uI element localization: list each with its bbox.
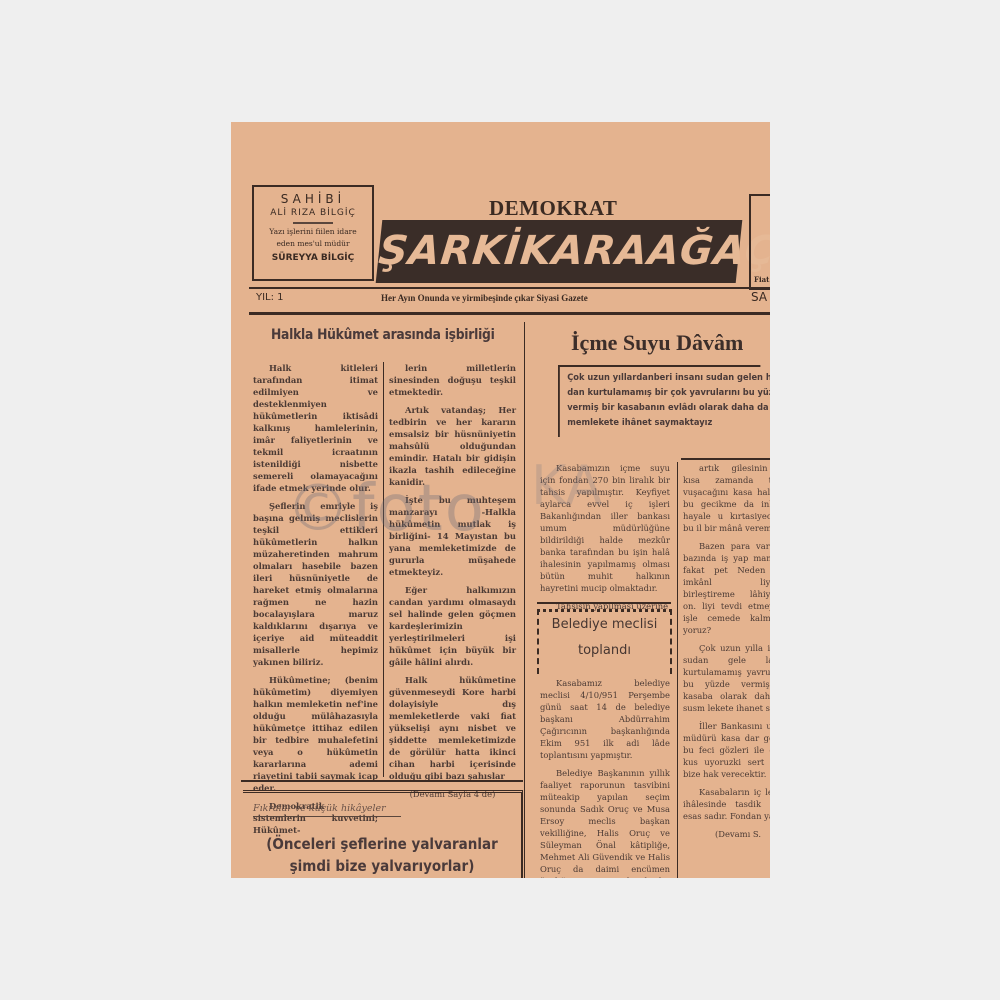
year-label: YIL: 1: [256, 292, 284, 303]
owner-name: ALİ RIZA BİLGİÇ: [254, 208, 372, 218]
water-rule: [681, 458, 770, 460]
feature-kicker: Fıkralar ve küçük hikâyeler: [253, 803, 401, 817]
masthead-supertitle: DEMOKRAT: [489, 196, 617, 221]
feature-title-line2: şimdi bize yalvarıyorlar): [257, 855, 507, 877]
council-top-rule: [537, 602, 671, 604]
price-box: Fiat: [749, 194, 770, 290]
paragraph: Şeflerin emriyle iş başına gelmiş meclis…: [253, 500, 378, 668]
paragraph: Artık vatandaş; Her tedbirin ve her kara…: [389, 404, 516, 488]
masthead-title: ŞARKİKARAAĞAÇ: [376, 220, 743, 283]
water-lead-box: Çok uzun yıllardanberi insanı sudan gele…: [558, 365, 760, 437]
editor-name: SÜREYYA BİLGİÇ: [254, 253, 372, 263]
paragraph: lerin milletlerin sinesinden doğuşu teşk…: [389, 362, 516, 398]
editor-note-1: Yazı işlerini fiilen idare: [254, 226, 372, 238]
council-headline-2: toplandı: [539, 638, 670, 664]
council-headline-1: Belediye meclisi: [539, 612, 670, 638]
newspaper-page: SAHİBİ ALİ RIZA BİLGİÇ Yazı işlerini fii…: [231, 122, 770, 878]
paragraph: Kasabamızın içme suyu için fondan 270 bi…: [540, 462, 670, 594]
paragraph: Halk kitleleri tarafından itimat edilmiy…: [253, 362, 378, 494]
masthead-rule-top: [249, 287, 770, 289]
section-divider: [524, 322, 525, 878]
water-article-col2: artık gilesinin dol kısa zamanda temin v…: [683, 462, 770, 846]
issue-date-cut: SA: [751, 290, 767, 304]
paragraph: Eğer halkımızın candan yardımı olmasaydı…: [389, 584, 516, 668]
feature-title-line1: (Önceleri şeflerine yalvaranlar: [257, 833, 507, 855]
paragraph: Çok uzun yılla insanı sudan gele lardan …: [683, 642, 770, 714]
continued-note: (Devamı S.: [683, 828, 770, 840]
paragraph: Kasabamız belediye meclisi 4/10/951 Perş…: [540, 677, 670, 761]
main-article-col1: Halk kitleleri tarafından itimat edilmiy…: [253, 362, 378, 842]
lead-line: vermiş bir kasabanın evlâdı olarak daha …: [567, 401, 760, 416]
paragraph: Kasabaların iç lerinin ihâlesinde tasdik…: [683, 786, 770, 822]
feature-title: (Önceleri şeflerine yalvaranlar şimdi bi…: [257, 833, 507, 877]
feature-box: Fıkralar ve küçük hikâyeler (Önceleri şe…: [243, 790, 523, 878]
ornament-divider: [293, 222, 333, 224]
masthead-rule-bottom: [249, 312, 770, 315]
lead-line: memlekete ihânet saymaktayız: [567, 416, 760, 431]
paragraph: Bazen para var maz bazında iş yap mam va…: [683, 540, 770, 636]
owner-label: SAHİBİ: [254, 192, 372, 206]
lead-line: Çok uzun yıllardanberi insanı sudan gele…: [567, 371, 760, 386]
council-headline-box: Belediye meclisi toplandı: [537, 609, 672, 674]
paragraph: artık gilesinin dol kısa zamanda temin v…: [683, 462, 770, 534]
article-end-rule: [241, 780, 523, 782]
paragraph: Belediye Başkanının yıllık faaliyet rapo…: [540, 767, 670, 878]
paragraph: Halk hükûmetine güvenmeseydi Kore harbi …: [389, 674, 516, 782]
column-divider: [383, 362, 384, 777]
water-headline: İçme Suyu Dâvâm: [571, 330, 743, 356]
price-label: Fiat: [754, 275, 769, 284]
council-article: Kasabamız belediye meclisi 4/10/951 Perş…: [540, 677, 670, 878]
paragraph: İller Bankasını umum müdürü kasa dar gel…: [683, 720, 770, 780]
editor-note-2: eden mes'ul müdür: [254, 238, 372, 250]
tagline: Her Ayın Onunda ve yirmibeşinde çıkar Si…: [381, 293, 588, 303]
water-article-col1: Kasabamızın içme suyu için fondan 270 bi…: [540, 462, 670, 618]
main-article-col2: lerin milletlerin sinesinden doğuşu teşk…: [389, 362, 516, 806]
paragraph: Hükûmetine; (benim hükûmetim) diyemiyen …: [253, 674, 378, 794]
paragraph: İşte bu muhteşem manzarayı -Halkla hükûm…: [389, 494, 516, 578]
main-headline: Halkla Hükûmet arasında işbirliği: [271, 327, 495, 343]
owner-box: SAHİBİ ALİ RIZA BİLGİÇ Yazı işlerini fii…: [252, 185, 374, 281]
column-divider: [677, 462, 678, 878]
lead-line: dan kurtulamamış bir çok yavrularını bu …: [567, 386, 760, 401]
